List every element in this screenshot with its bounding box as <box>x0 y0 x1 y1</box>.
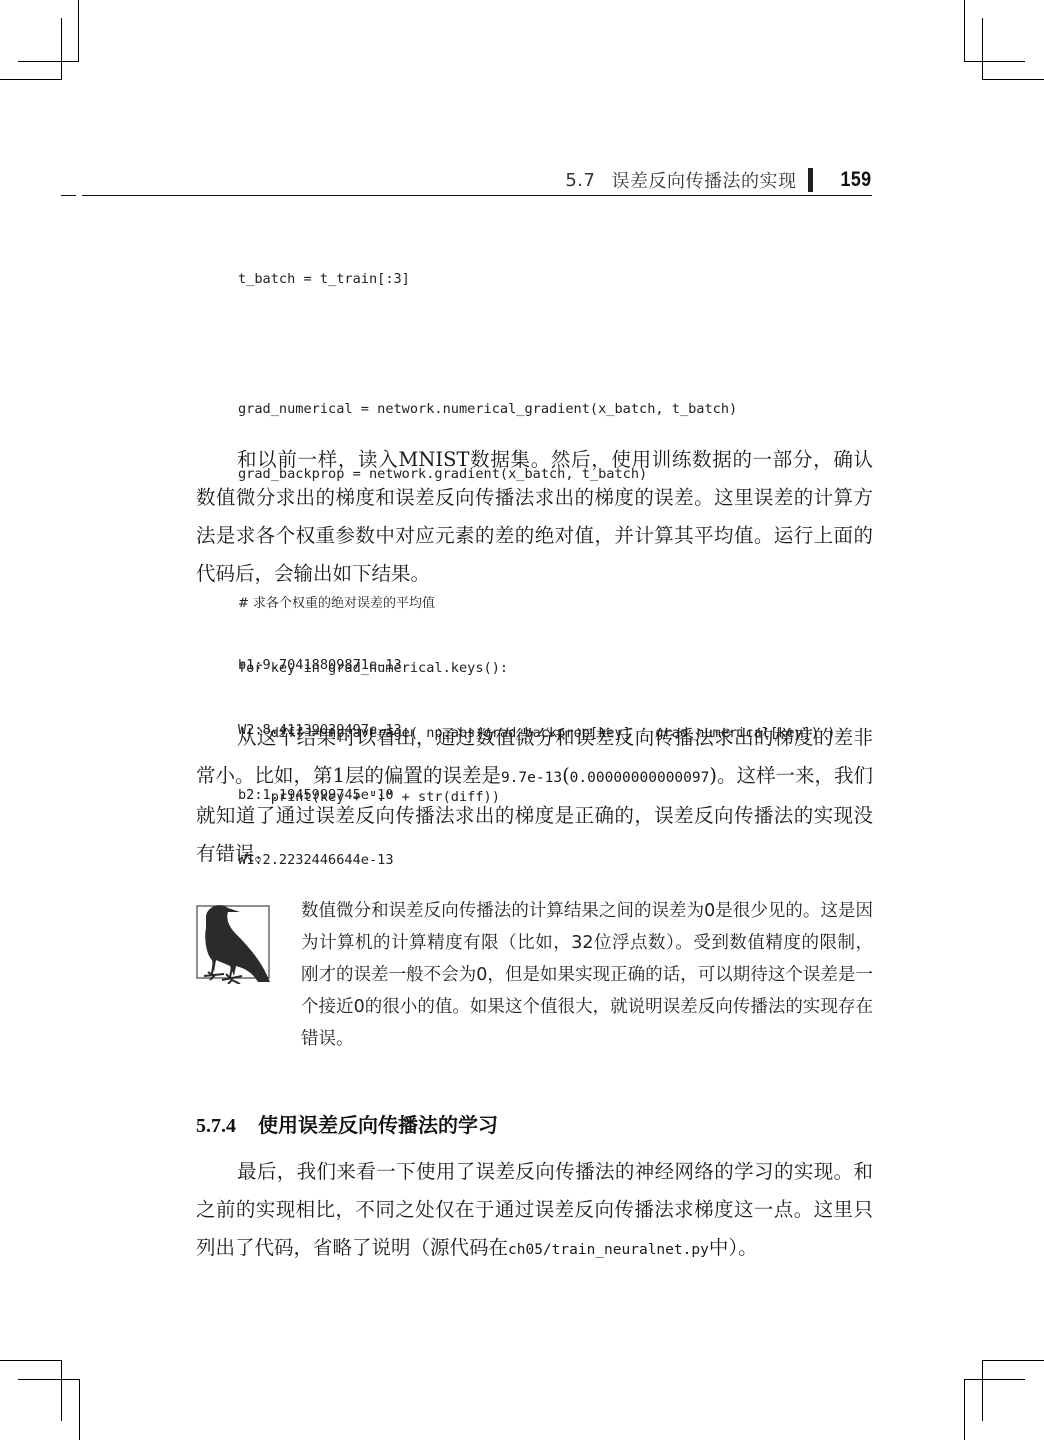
code-line <box>238 334 835 356</box>
crop-mark-top-left-outer-v <box>78 0 79 61</box>
crop-mark-top-left-inner-v <box>61 18 62 79</box>
running-head-section-number: 5.7 <box>565 170 595 191</box>
running-head-section-title: 误差反向传播法的实现 <box>611 167 796 193</box>
header-rule-short <box>61 195 76 196</box>
crop-mark-bottom-left-inner-h <box>18 1379 79 1380</box>
paragraph-text: 和以前一样，读入MNIST数据集。然后，使用训练数据的一部分，确认数值微分求出的… <box>196 448 873 585</box>
inline-code-filename: ch05/train_neuralnet.py <box>508 1242 709 1258</box>
paragraph-mnist-intro: 和以前一样，读入MNIST数据集。然后，使用训练数据的一部分，确认数值微分求出的… <box>196 441 873 593</box>
crop-mark-top-left-outer-h <box>18 61 79 62</box>
code-line: grad_numerical = network.numerical_gradi… <box>238 399 835 421</box>
crop-mark-bottom-right-inner-v <box>964 1379 965 1440</box>
crop-mark-top-right-inner-v <box>982 18 983 79</box>
crop-mark-top-left-inner-h <box>0 79 62 80</box>
inline-code: 0.00000000000097 <box>570 770 710 786</box>
code-line: t_batch = t_train[:3] <box>238 269 835 291</box>
running-head-bar <box>808 168 813 192</box>
crop-mark-bottom-left-inner-v <box>79 1379 80 1440</box>
crop-mark-top-right-inner-h <box>982 79 1044 80</box>
note-text: 数值微分和误差反向传播法的计算结果之间的误差为0是很少见的。这是因为计算机的计算… <box>301 895 873 1055</box>
crop-mark-top-right-outer-h <box>964 61 1025 62</box>
section-heading: 5.7.4 使用误差反向传播法的学习 <box>196 1109 498 1138</box>
paragraph-learning-intro: 最后，我们来看一下使用了误差反向传播法的神经网络的学习的实现。和之前的实现相比，… <box>196 1153 873 1269</box>
crop-mark-bottom-right-outer-v <box>982 1360 983 1421</box>
section-number: 5.7.4 <box>196 1115 236 1138</box>
paren-open: ( <box>562 764 570 787</box>
header-rule <box>82 195 872 196</box>
crop-mark-bottom-right-outer-h <box>982 1360 1044 1361</box>
inline-code: 9.7e-13 <box>501 770 562 786</box>
crop-mark-bottom-right-inner-h <box>964 1379 1025 1380</box>
paragraph-result-analysis: 从这个结果可以看出，通过数值微分和误差反向传播法求出的梯度的差非常小。比如，第1… <box>196 719 873 873</box>
paragraph-text: 中）。 <box>709 1236 758 1259</box>
running-head: 5.7 误差反向传播法的实现 159 <box>565 166 872 194</box>
bird-icon <box>196 898 272 984</box>
crop-mark-bottom-left-outer-v <box>61 1360 62 1421</box>
page-number: 159 <box>841 168 872 192</box>
crop-mark-bottom-left-outer-h <box>0 1360 62 1361</box>
crop-mark-top-right-outer-v <box>964 0 965 61</box>
section-title: 使用误差反向传播法的学习 <box>258 1109 498 1138</box>
output-line-b1: b1:9.70418809871e-13 <box>238 655 402 677</box>
